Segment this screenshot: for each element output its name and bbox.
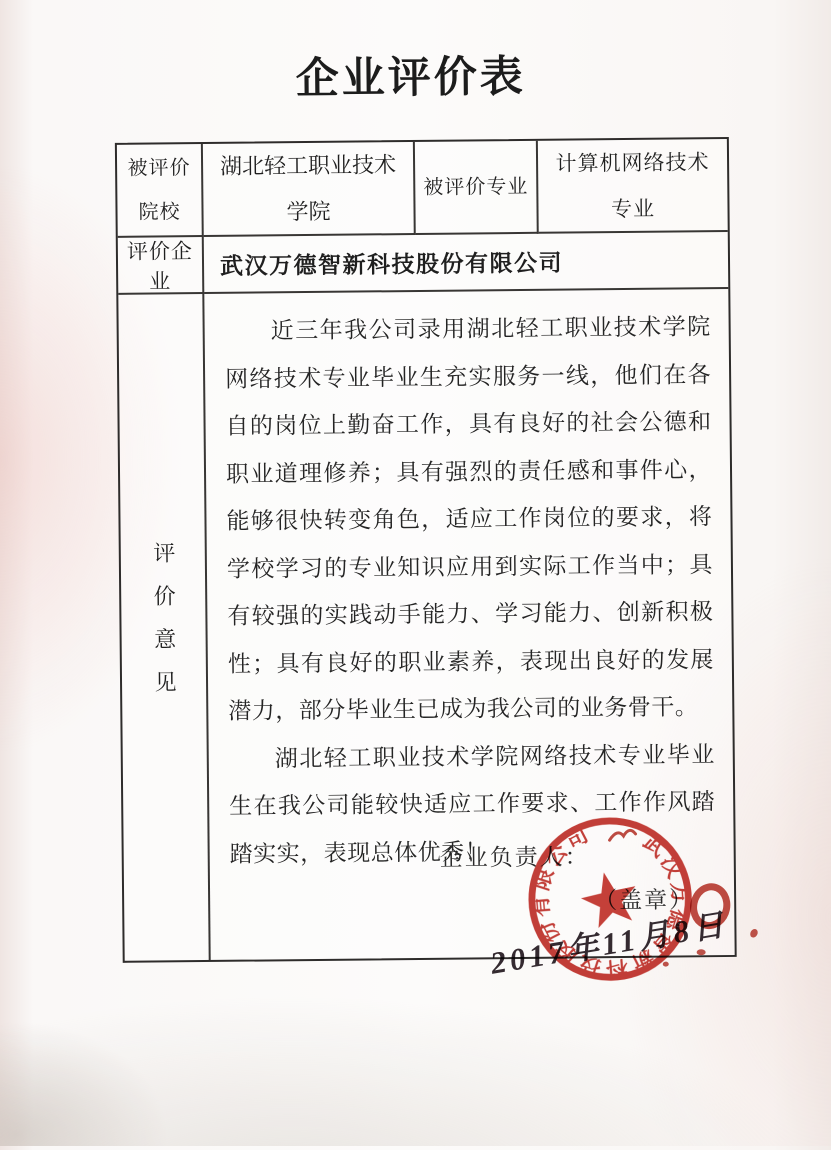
opinion-paragraph-1: 近三年我公司录用湖北轻工职业技术学院网络技术专业毕业生充实服务一线，他们在各自的… [224, 303, 714, 735]
school-label-cell: 被评价院校 [117, 144, 204, 238]
company-label-cell: 评价企业 [118, 237, 205, 295]
red-ink-speck-icon [749, 928, 760, 939]
evaluation-table: 被评价院校 湖北轻工职业技术学院 被评价专业 计算机网络技术专业 评价企业 武汉… [115, 137, 737, 963]
major-value-cell: 计算机网络技术专业 [538, 139, 728, 234]
scanned-document: 企业评价表 被评价院校 湖北轻工职业技术学院 被评价专业 计算机网络技术专业 评… [0, 0, 831, 1146]
major-label-cell: 被评价专业 [415, 141, 539, 235]
school-value-cell: 湖北轻工职业技术学院 [203, 142, 416, 237]
page-title: 企业评价表 [0, 40, 826, 109]
opinion-body-cell: 近三年我公司录用湖北轻工职业技术学院网络技术专业毕业生充实服务一线，他们在各自的… [204, 289, 734, 960]
opinion-label-cell: 评价意见 [118, 294, 210, 961]
company-value-cell: 武汉万德智新科技股份有限公司 [204, 232, 729, 294]
opinion-label-vertical-text: 评价意见 [152, 541, 176, 713]
